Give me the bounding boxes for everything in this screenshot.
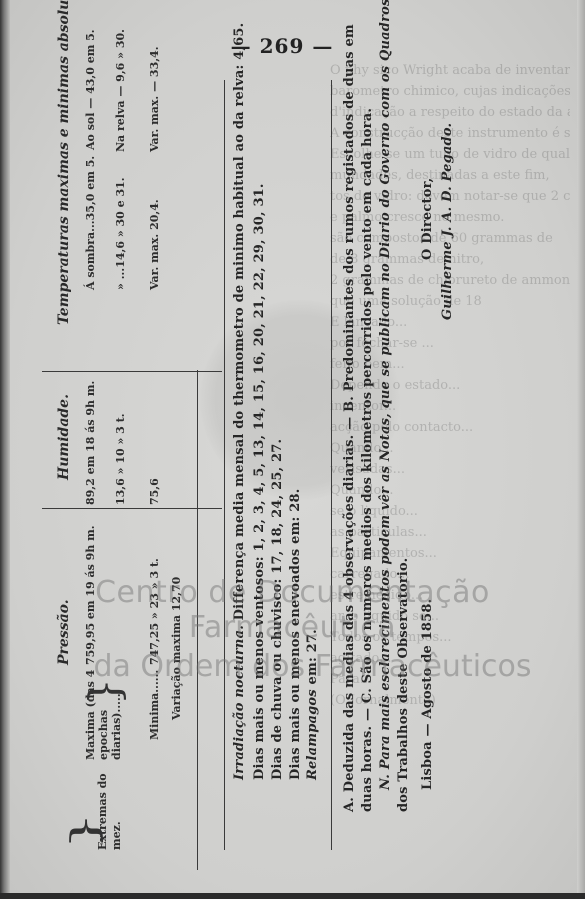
pressure-variation: Variação maxima 12,70 xyxy=(170,577,183,720)
humidity-max: 89,2 em 18 ás 9h m. xyxy=(84,381,97,505)
signature-title: O Director, xyxy=(420,178,435,260)
humidity-variation: 75,6 xyxy=(148,478,161,505)
page-bottom-edge xyxy=(0,893,585,899)
table-divider xyxy=(42,508,222,509)
column-rule xyxy=(224,80,225,850)
pressure-min-label: Minima...... xyxy=(148,670,161,740)
humidity-min: 13,6 » 10 » 3 t. xyxy=(114,413,127,505)
place-date: Lisboa — Agosto de 1858. xyxy=(420,599,435,790)
temperature-heading: Temperaturas maximas e minimas absolutas… xyxy=(56,0,72,325)
footnote-n-cont: dos Trabalhos deste Observatorio. xyxy=(396,558,411,812)
brace-icon: } xyxy=(80,678,129,705)
note-fog-days: Dias mais ou menos enevoados em: 28. xyxy=(288,489,303,781)
note-rain-days: Dias de chuva ou chuvisco: 17, 18, 24, 2… xyxy=(270,439,285,780)
note-irradiation: Irradiação nocturna. Differença media me… xyxy=(232,23,247,780)
pressure-min-value: 747,25 » 23 » 3 t. xyxy=(148,558,161,665)
scanned-page: O phy sico Wright acaba de inventar um n… xyxy=(0,0,585,899)
table-divider xyxy=(42,371,222,372)
brace-icon: } xyxy=(64,812,106,850)
footnote-a: A. Deduzida das medias das 4 observações… xyxy=(342,24,357,812)
page-left-edge xyxy=(0,0,10,899)
column-rule xyxy=(197,370,198,870)
footnote-n: N. Para mais esclarecimentos podem vêr a… xyxy=(378,0,393,790)
note-windy-days: Dias mais ou menos ventosos: 1, 2, 3, 4,… xyxy=(252,183,267,780)
shade-variation: Var. max. 20,4. xyxy=(148,199,161,290)
note-lightning: Relampagos em: 27. xyxy=(305,629,320,780)
sun-variation: Var. max. — 33,4. xyxy=(148,46,161,152)
shade-min: » ...14,6 » 30 e 31. xyxy=(114,177,127,290)
humidity-heading: Humidade. xyxy=(56,394,72,480)
footnote-a-cont: duas horas. — C. São os numeros medios d… xyxy=(360,108,375,812)
grass-min: Na relva — 9,6 » 30. xyxy=(114,29,127,152)
shade-max: Á sombra...35,0 em 5. xyxy=(84,156,97,290)
column-rule xyxy=(331,80,332,850)
signature-name: Guilherme J. A. D. Pegado. xyxy=(440,123,455,320)
pressure-heading: Pressão. xyxy=(56,599,72,665)
page-right-edge xyxy=(577,0,585,899)
pressure-max-value: 759,95 em 19 ás 9h m. xyxy=(84,525,97,665)
sun-max: Ao sol — 43,0 em 5. xyxy=(84,29,97,150)
